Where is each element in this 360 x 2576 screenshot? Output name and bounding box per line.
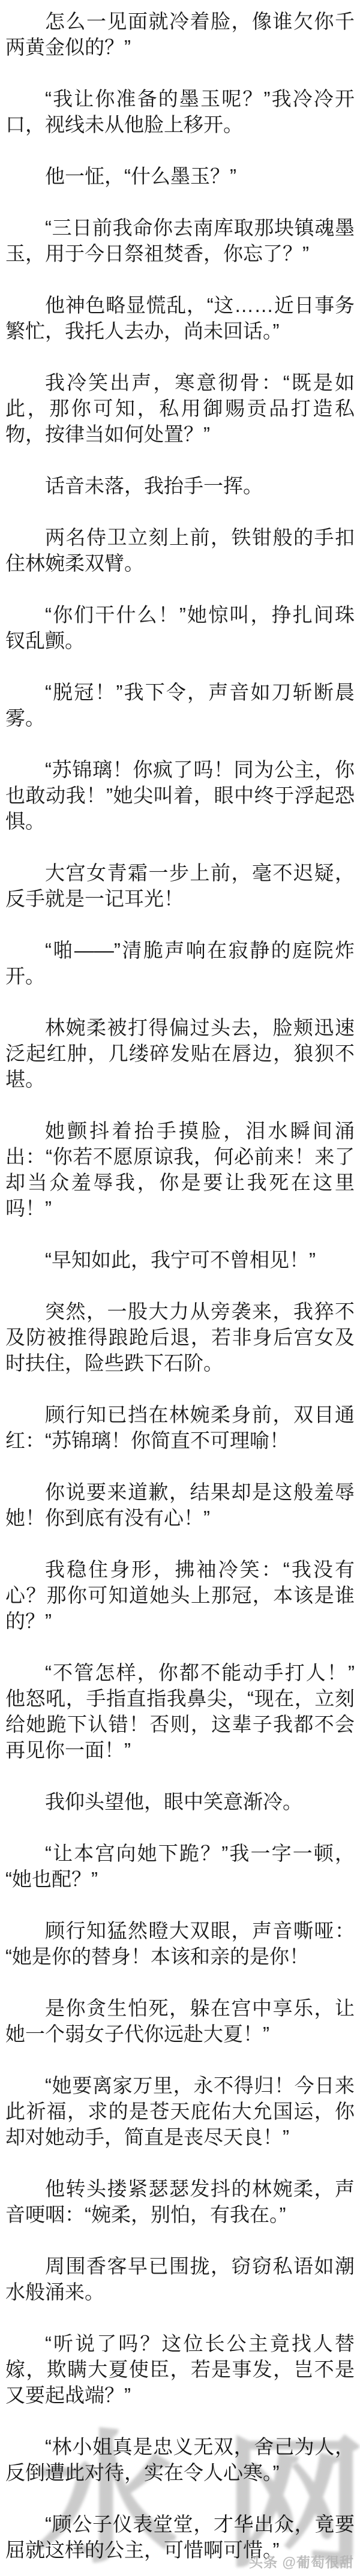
paragraph: 他神色略显慌乱，“这……近日事务繁忙，我托人去办，尚未回话。” [5,292,355,344]
paragraph: 话音未落，我抬手一挥。 [5,473,355,499]
paragraph: 周围香客早已围拢，窃窃私语如潮水般涌来。 [5,2253,355,2305]
watermark-credit: 头条 @葡萄很甜 [249,2551,354,2571]
paragraph: 两名侍卫立刻上前，铁钳般的手扣住林婉柔双臂。 [5,524,355,576]
novel-text: 怎么一见面就冷着脸，像谁欠你千两黄金似的？”“我让你准备的墨玉呢？”我冷冷开口，… [0,0,360,2563]
paragraph: “脱冠！”我下令，声音如刀斩断晨雾。 [5,679,355,731]
paragraph: 我稳住身形，拂袖冷笑：“我没有心？那你可知道她头上那冠，本该是谁的？” [5,1557,355,1634]
paragraph: “不管怎样，你都不能动手打人！”他怒吼，手指直指我鼻尖，“现在，立刻给她跪下认错… [5,1660,355,1763]
paragraph: 我仰头望他，眼中笑意渐冷。 [5,1789,355,1815]
paragraph: “早知如此，我宁可不曾相见！” [5,1247,355,1273]
paragraph: 顾行知猛然瞪大双眼，声音嘶哑：“她是你的替身！本该和亲的是你！ [5,1918,355,1969]
paragraph: 是你贪生怕死，躲在宫中享乐，让她一个弱女子代你远赴大夏！” [5,1995,355,2047]
paragraph: “她要离家万里，永不得归！今日来此祈福，求的是苍天庇佑大允国运，你却对她动手，简… [5,2073,355,2150]
paragraph: “啪——”清脆声响在寂静的庭院炸开。 [5,937,355,989]
paragraph: “听说了吗？这位长公主竟找人替嫁，欺瞒大夏使臣，若是事发，岂不是又要起战端？” [5,2331,355,2408]
paragraph: 他转头搂紧瑟瑟发抖的林婉柔，声音哽咽：“婉柔，别怕，有我在。” [5,2176,355,2227]
paragraph: 他一怔，“什么墨玉？” [5,163,355,189]
paragraph: 突然，一股大力从旁袭来，我猝不及防被推得踉跄后退，若非身后宫女及时扶住，险些跌下… [5,1299,355,1376]
paragraph: “让本宫向她下跪？”我一字一顿，“她也配？” [5,1840,355,1892]
paragraph: 顾行知已挡在林婉柔身前，双目通红：“苏锦璃！你简直不可理喻！ [5,1402,355,1453]
paragraph: “我让你准备的墨玉呢？”我冷冷开口，视线未从他脸上移开。 [5,86,355,137]
paragraph: 我冷笑出声，寒意彻骨：“既是如此，那你可知，私用御赐贡品打造私物，按律当如何处置… [5,370,355,447]
paragraph: “苏锦璃！你疯了吗！同为公主，你也敢动我！”她尖叫着，眼中终于浮起恐惧。 [5,757,355,834]
paragraph: “林小姐真是忠义无双，舍己为人，反倒遭此对待，实在令人心寒。” [5,2434,355,2485]
paragraph: 你说要来道歉，结果却是这般羞辱她！你到底有没有心！” [5,1479,355,1531]
paragraph: “三日前我命你去南库取那块镇魂墨玉，用于今日祭祖焚香，你忘了？” [5,215,355,266]
paragraph: 林婉柔被打得偏过头去，脸颊迅速泛起红肿，几缕碎发贴在唇边，狼狈不堪。 [5,1015,355,1092]
paragraph: “你们干什么！”她惊叫，挣扎间珠钗乱颤。 [5,602,355,653]
paragraph: 怎么一见面就冷着脸，像谁欠你千两黄金似的？” [5,8,355,60]
paragraph: 她颤抖着抬手摸脸，泪水瞬间涌出：“你若不愿原谅我，何必前来！来了却当众羞辱我，你… [5,1118,355,1221]
novel-page: 水 网 怎么一见面就冷着脸，像谁欠你千两黄金似的？”“我让你准备的墨玉呢？”我冷… [0,0,360,2576]
paragraph: 大宫女青霜一步上前，毫不迟疑，反手就是一记耳光！ [5,860,355,911]
